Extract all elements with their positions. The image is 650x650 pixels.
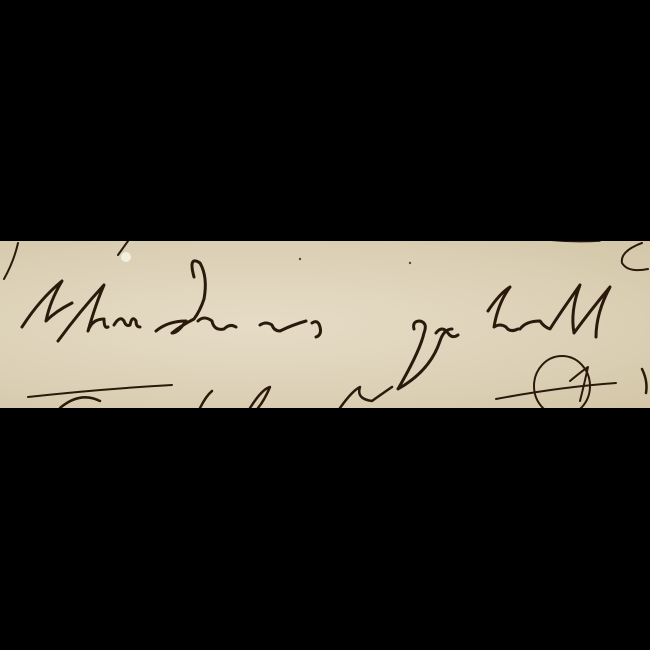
manuscript-strip: Ahnsdor gubell (partially visible line b…	[0, 241, 650, 408]
handwriting	[0, 241, 650, 408]
